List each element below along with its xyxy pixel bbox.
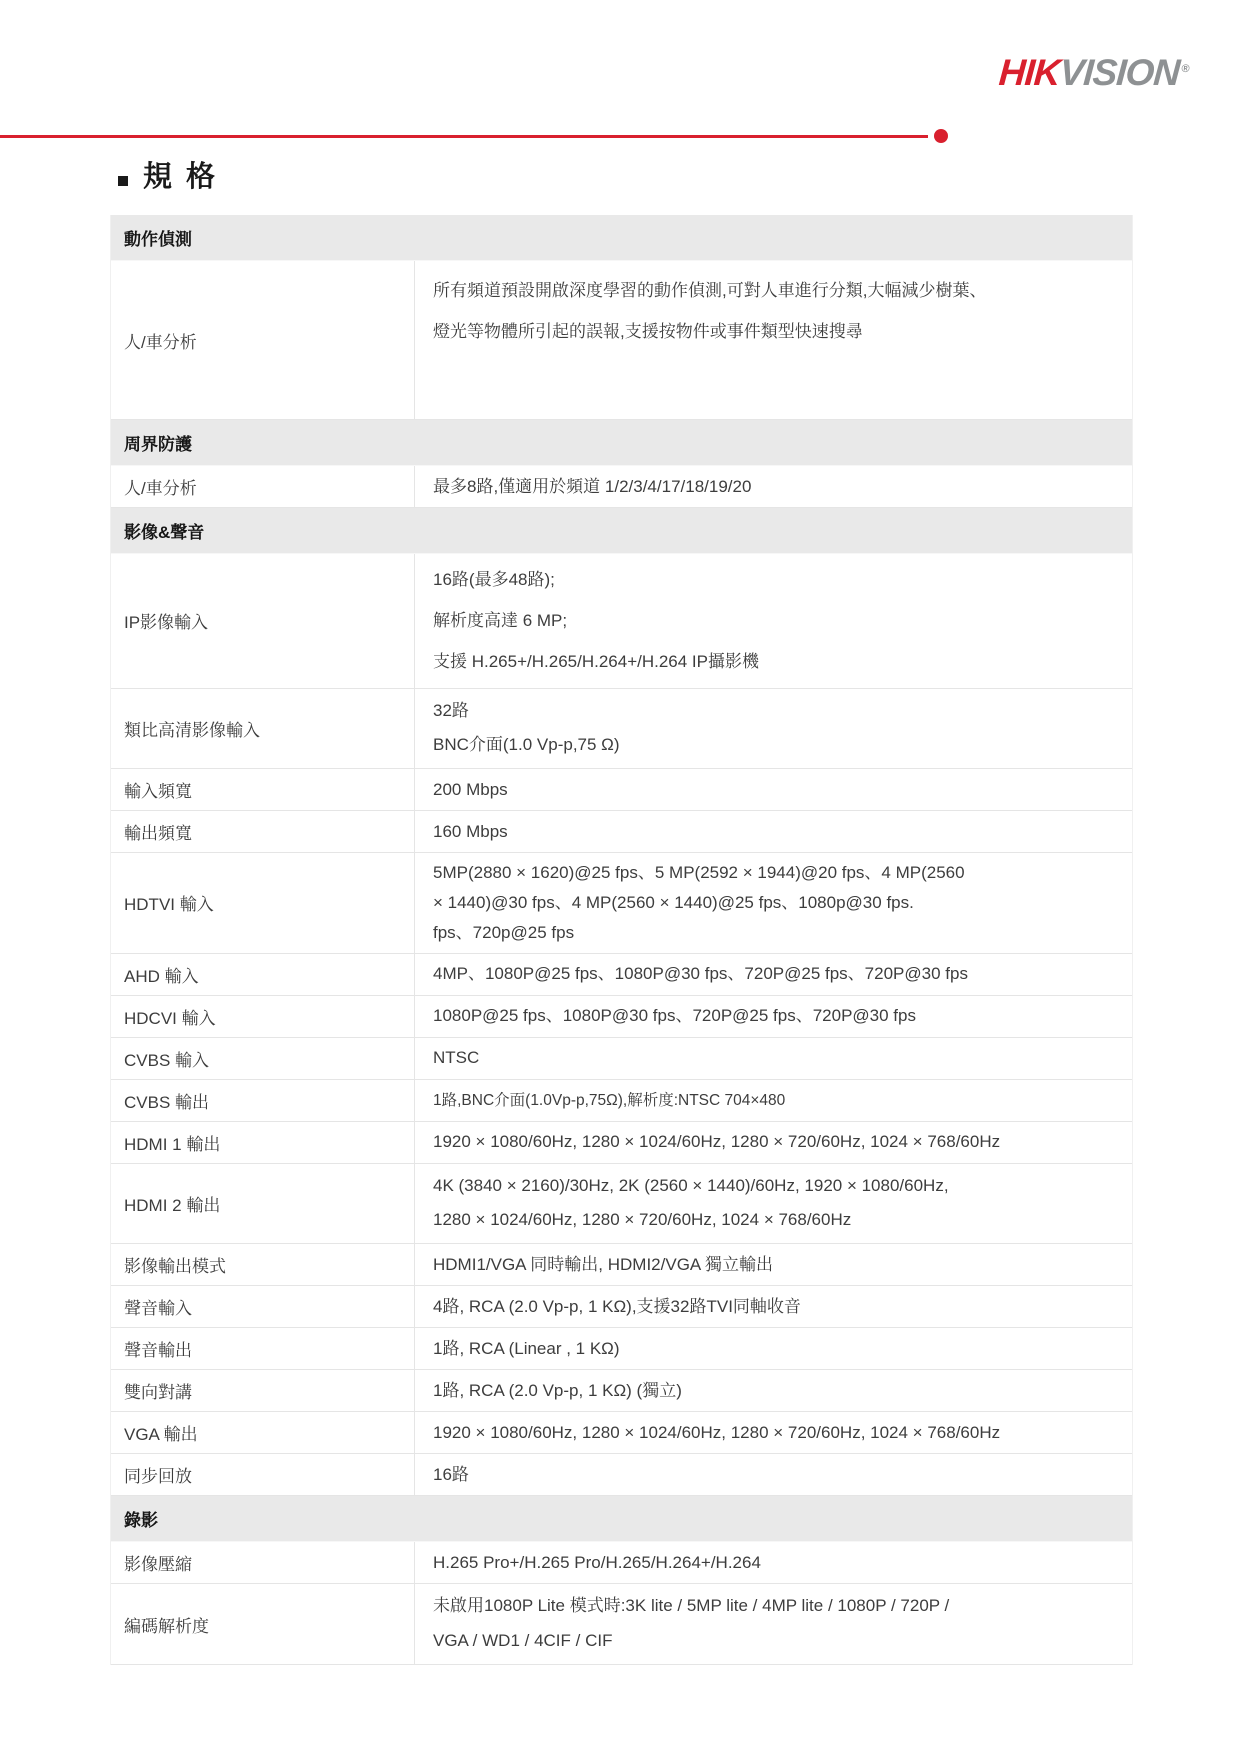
spec-value: 1路, RCA (Linear , 1 KΩ) bbox=[415, 1328, 1132, 1369]
spec-value: 1路, RCA (2.0 Vp-p, 1 KΩ) (獨立) bbox=[415, 1370, 1132, 1411]
spec-label: 聲音輸入 bbox=[111, 1286, 415, 1327]
spec-label: 同步回放 bbox=[111, 1454, 415, 1495]
registered-trademark-icon: ® bbox=[1181, 63, 1190, 75]
spec-row: 聲音輸入4路, RCA (2.0 Vp-p, 1 KΩ),支援32路TVI同軸收… bbox=[111, 1286, 1132, 1328]
spec-value-line: 4路, RCA (2.0 Vp-p, 1 KΩ),支援32路TVI同軸收音 bbox=[433, 1292, 1118, 1322]
spec-value: 5MP(2880 × 1620)@25 fps、5 MP(2592 × 1944… bbox=[415, 853, 1132, 952]
spec-row: HDCVI 輸入1080P@25 fps、1080P@30 fps、720P@2… bbox=[111, 996, 1132, 1038]
logo-vision-text: VISION bbox=[1058, 52, 1180, 93]
spec-value-line: 未啟用1080P Lite 模式時:3K lite / 5MP lite / 4… bbox=[433, 1592, 1118, 1621]
spec-row: VGA 輸出1920 × 1080/60Hz, 1280 × 1024/60Hz… bbox=[111, 1412, 1132, 1454]
logo-hik-text: HIK bbox=[997, 52, 1061, 93]
spec-value-line: 1路,BNC介面(1.0Vp-p,75Ω),解析度:NTSC 704×480 bbox=[433, 1087, 1118, 1114]
spec-value-line: × 1440)@30 fps、4 MP(2560 × 1440)@25 fps、… bbox=[433, 888, 1118, 918]
red-divider-dot-icon bbox=[934, 129, 948, 143]
page-title: 規 格 bbox=[143, 163, 218, 192]
spec-value: 所有頻道預設開啟深度學習的動作偵測,可對人車進行分類,大幅減少樹葉、燈光等物體所… bbox=[415, 261, 1132, 419]
spec-row: 同步回放16路 bbox=[111, 1454, 1132, 1496]
section-header: 周界防護 bbox=[111, 420, 1132, 466]
spec-row: HDMI 1 輸出1920 × 1080/60Hz, 1280 × 1024/6… bbox=[111, 1122, 1132, 1164]
spec-value: HDMI1/VGA 同時輸出, HDMI2/VGA 獨立輸出 bbox=[415, 1244, 1132, 1285]
spec-value-line: 燈光等物體所引起的誤報,支援按物件或事件類型快速搜尋 bbox=[433, 318, 1118, 345]
spec-row: 編碼解析度未啟用1080P Lite 模式時:3K lite / 5MP lit… bbox=[111, 1584, 1132, 1665]
spec-row: 聲音輸出1路, RCA (Linear , 1 KΩ) bbox=[111, 1328, 1132, 1370]
spec-value-line: 最多8路,僅適用於頻道 1/2/3/4/17/18/19/20 bbox=[433, 472, 1118, 502]
spec-label: 聲音輸出 bbox=[111, 1328, 415, 1369]
spec-label: 影像壓縮 bbox=[111, 1542, 415, 1583]
spec-value: 1路,BNC介面(1.0Vp-p,75Ω),解析度:NTSC 704×480 bbox=[415, 1080, 1132, 1121]
spec-value-line: 支援 H.265+/H.265/H.264+/H.264 IP攝影機 bbox=[433, 648, 1118, 675]
spec-row: CVBS 輸入NTSC bbox=[111, 1038, 1132, 1080]
section-title: 周界防護 bbox=[124, 430, 192, 455]
spec-value: 32路BNC介面(1.0 Vp-p,75 Ω) bbox=[415, 689, 1132, 769]
section-header: 錄影 bbox=[111, 1496, 1132, 1542]
spec-label: HDMI 2 輸出 bbox=[111, 1164, 415, 1244]
spec-label: 輸入頻寬 bbox=[111, 769, 415, 810]
spec-label: VGA 輸出 bbox=[111, 1412, 415, 1453]
spec-label: 人/車分析 bbox=[111, 466, 415, 507]
spec-table: 動作偵測人/車分析所有頻道預設開啟深度學習的動作偵測,可對人車進行分類,大幅減少… bbox=[110, 215, 1133, 1665]
spec-row: 人/車分析最多8路,僅適用於頻道 1/2/3/4/17/18/19/20 bbox=[111, 466, 1132, 508]
spec-label: HDMI 1 輸出 bbox=[111, 1122, 415, 1163]
spec-value: 未啟用1080P Lite 模式時:3K lite / 5MP lite / 4… bbox=[415, 1584, 1132, 1664]
spec-value: 4路, RCA (2.0 Vp-p, 1 KΩ),支援32路TVI同軸收音 bbox=[415, 1286, 1132, 1327]
spec-value-line: 5MP(2880 × 1620)@25 fps、5 MP(2592 × 1944… bbox=[433, 858, 1118, 888]
spec-row: HDMI 2 輸出4K (3840 × 2160)/30Hz, 2K (2560… bbox=[111, 1164, 1132, 1245]
spec-value: H.265 Pro+/H.265 Pro/H.265/H.264+/H.264 bbox=[415, 1542, 1132, 1583]
spec-row: 雙向對講1路, RCA (2.0 Vp-p, 1 KΩ) (獨立) bbox=[111, 1370, 1132, 1412]
spec-row: 類比高清影像輸入32路BNC介面(1.0 Vp-p,75 Ω) bbox=[111, 689, 1132, 770]
spec-value: 4K (3840 × 2160)/30Hz, 2K (2560 × 1440)/… bbox=[415, 1164, 1132, 1244]
spec-label: IP影像輸入 bbox=[111, 554, 415, 688]
spec-label: 雙向對講 bbox=[111, 1370, 415, 1411]
spec-label: 輸出頻寬 bbox=[111, 811, 415, 852]
spec-value-line: 160 Mbps bbox=[433, 817, 1118, 847]
datasheet-page: HIKVISION® 規 格 動作偵測人/車分析所有頻道預設開啟深度學習的動作偵… bbox=[0, 0, 1241, 1754]
section-header: 影像&聲音 bbox=[111, 508, 1132, 554]
spec-row: 輸出頻寬160 Mbps bbox=[111, 811, 1132, 853]
spec-value-line: 1080P@25 fps、1080P@30 fps、720P@25 fps、72… bbox=[433, 1001, 1118, 1031]
spec-value-line: 4MP、1080P@25 fps、1080P@30 fps、720P@25 fp… bbox=[433, 959, 1118, 989]
spec-value: NTSC bbox=[415, 1038, 1132, 1079]
spec-value-line: 16路(最多48路); bbox=[433, 566, 1118, 593]
spec-value-line: 1路, RCA (Linear , 1 KΩ) bbox=[433, 1334, 1118, 1364]
section-header: 動作偵測 bbox=[111, 215, 1132, 261]
red-divider-rule bbox=[0, 135, 928, 138]
spec-value: 最多8路,僅適用於頻道 1/2/3/4/17/18/19/20 bbox=[415, 466, 1132, 507]
hikvision-logo: HIKVISION® bbox=[997, 52, 1190, 94]
spec-value: 1080P@25 fps、1080P@30 fps、720P@25 fps、72… bbox=[415, 996, 1132, 1037]
spec-row: AHD 輸入4MP、1080P@25 fps、1080P@30 fps、720P… bbox=[111, 954, 1132, 996]
spec-row: 影像壓縮H.265 Pro+/H.265 Pro/H.265/H.264+/H.… bbox=[111, 1542, 1132, 1584]
spec-value: 16路 bbox=[415, 1454, 1132, 1495]
square-bullet-icon bbox=[118, 176, 128, 186]
spec-value-line: 1280 × 1024/60Hz, 1280 × 720/60Hz, 1024 … bbox=[433, 1206, 1118, 1235]
spec-value-line: 1920 × 1080/60Hz, 1280 × 1024/60Hz, 1280… bbox=[433, 1418, 1118, 1448]
spec-label: 影像輸出模式 bbox=[111, 1244, 415, 1285]
spec-value: 1920 × 1080/60Hz, 1280 × 1024/60Hz, 1280… bbox=[415, 1122, 1132, 1163]
spec-value-line: 32路 bbox=[433, 697, 1118, 726]
spec-value-line: BNC介面(1.0 Vp-p,75 Ω) bbox=[433, 731, 1118, 760]
spec-row: HDTVI 輸入5MP(2880 × 1620)@25 fps、5 MP(259… bbox=[111, 853, 1132, 953]
spec-value-line: 解析度高達 6 MP; bbox=[433, 607, 1118, 634]
spec-value-line: fps、720p@25 fps bbox=[433, 918, 1118, 948]
spec-value-line: VGA / WD1 / 4CIF / CIF bbox=[433, 1627, 1118, 1656]
spec-row: 影像輸出模式HDMI1/VGA 同時輸出, HDMI2/VGA 獨立輸出 bbox=[111, 1244, 1132, 1286]
spec-label: 類比高清影像輸入 bbox=[111, 689, 415, 769]
spec-value-line: H.265 Pro+/H.265 Pro/H.265/H.264+/H.264 bbox=[433, 1548, 1118, 1578]
spec-value-line: 所有頻道預設開啟深度學習的動作偵測,可對人車進行分類,大幅減少樹葉、 bbox=[433, 277, 1118, 304]
spec-label: HDCVI 輸入 bbox=[111, 996, 415, 1037]
spec-value: 200 Mbps bbox=[415, 769, 1132, 810]
spec-value-line: HDMI1/VGA 同時輸出, HDMI2/VGA 獨立輸出 bbox=[433, 1250, 1118, 1280]
spec-value: 16路(最多48路);解析度高達 6 MP;支援 H.265+/H.265/H.… bbox=[415, 554, 1132, 688]
spec-row: CVBS 輸出1路,BNC介面(1.0Vp-p,75Ω),解析度:NTSC 70… bbox=[111, 1080, 1132, 1122]
section-title: 錄影 bbox=[124, 1506, 158, 1531]
spec-value-line: 4K (3840 × 2160)/30Hz, 2K (2560 × 1440)/… bbox=[433, 1172, 1118, 1201]
spec-label: HDTVI 輸入 bbox=[111, 853, 415, 952]
spec-value-line: NTSC bbox=[433, 1043, 1118, 1073]
spec-row: 人/車分析所有頻道預設開啟深度學習的動作偵測,可對人車進行分類,大幅減少樹葉、燈… bbox=[111, 261, 1132, 420]
spec-value-line: 16路 bbox=[433, 1460, 1118, 1490]
spec-label: CVBS 輸入 bbox=[111, 1038, 415, 1079]
page-title-block: 規 格 bbox=[118, 163, 218, 192]
spec-value: 160 Mbps bbox=[415, 811, 1132, 852]
spec-label: 編碼解析度 bbox=[111, 1584, 415, 1664]
spec-value-line: 1路, RCA (2.0 Vp-p, 1 KΩ) (獨立) bbox=[433, 1376, 1118, 1406]
section-title: 動作偵測 bbox=[124, 225, 192, 250]
spec-label: 人/車分析 bbox=[111, 261, 415, 419]
spec-value: 1920 × 1080/60Hz, 1280 × 1024/60Hz, 1280… bbox=[415, 1412, 1132, 1453]
spec-value-line: 200 Mbps bbox=[433, 775, 1118, 805]
spec-value-line: 1920 × 1080/60Hz, 1280 × 1024/60Hz, 1280… bbox=[433, 1127, 1118, 1157]
spec-value: 4MP、1080P@25 fps、1080P@30 fps、720P@25 fp… bbox=[415, 954, 1132, 995]
section-title: 影像&聲音 bbox=[124, 518, 204, 543]
spec-row: 輸入頻寬200 Mbps bbox=[111, 769, 1132, 811]
spec-row: IP影像輸入16路(最多48路);解析度高達 6 MP;支援 H.265+/H.… bbox=[111, 554, 1132, 689]
spec-label: CVBS 輸出 bbox=[111, 1080, 415, 1121]
spec-label: AHD 輸入 bbox=[111, 954, 415, 995]
